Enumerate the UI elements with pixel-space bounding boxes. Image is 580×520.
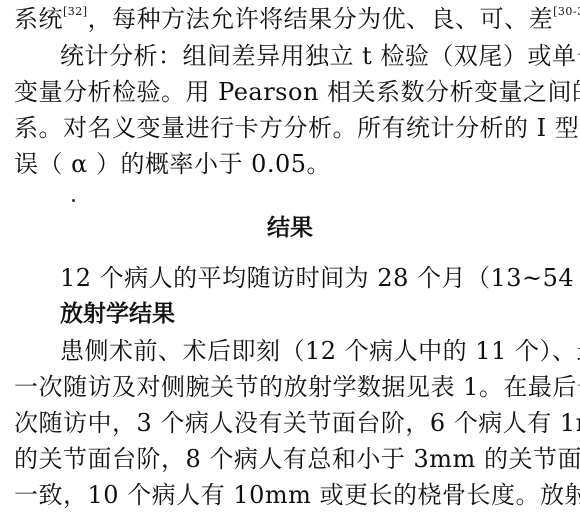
stray-mark (72, 199, 75, 202)
paragraph-line: 变量分析检验。用 Pearson 相关系数分析变量之间的关 (14, 77, 580, 107)
paragraph-line: 误（ α ）的概率小于 0.05。 (14, 149, 331, 179)
text: 系统 (14, 5, 63, 33)
paragraph-line: 患侧术前、术后即刻（12 个病人中的 11 个）、最后 (60, 336, 580, 366)
paragraph-line: 一次随访及对侧腕关节的放射学数据见表 1。在最后一 (14, 372, 580, 402)
paragraph-line: 12 个病人的平均随访时间为 28 个月（13~54 月）。 (60, 263, 580, 293)
paragraph-line: 一致，10 个病人有 10mm 或更长的桡骨长度。放射学参 (14, 480, 580, 510)
paragraph-line: 的关节面台阶，8 个病人有总和小于 3mm 的关节面不 (14, 444, 580, 474)
paragraph-line: 系统[32]，每种方法允许将结果分为优、良、可、差[30-33]。 (14, 4, 580, 34)
paragraph-line: 统计分析：组间差异用独立 t 检验（双尾）或单一 (60, 41, 580, 71)
subsection-heading: 放射学结果 (60, 299, 175, 329)
citation: [32] (63, 5, 88, 18)
citation: [30-33] (553, 5, 580, 18)
text: ，每种方法允许将结果分为优、良、可、差 (88, 5, 554, 33)
paragraph-line: 系。对名义变量进行卡方分析。所有统计分析的 I 型错 (14, 113, 580, 143)
paragraph-line: 次随访中，3 个病人没有关节面台阶，6 个病人有 1mm (14, 408, 580, 438)
section-heading: 结果 (0, 213, 580, 243)
